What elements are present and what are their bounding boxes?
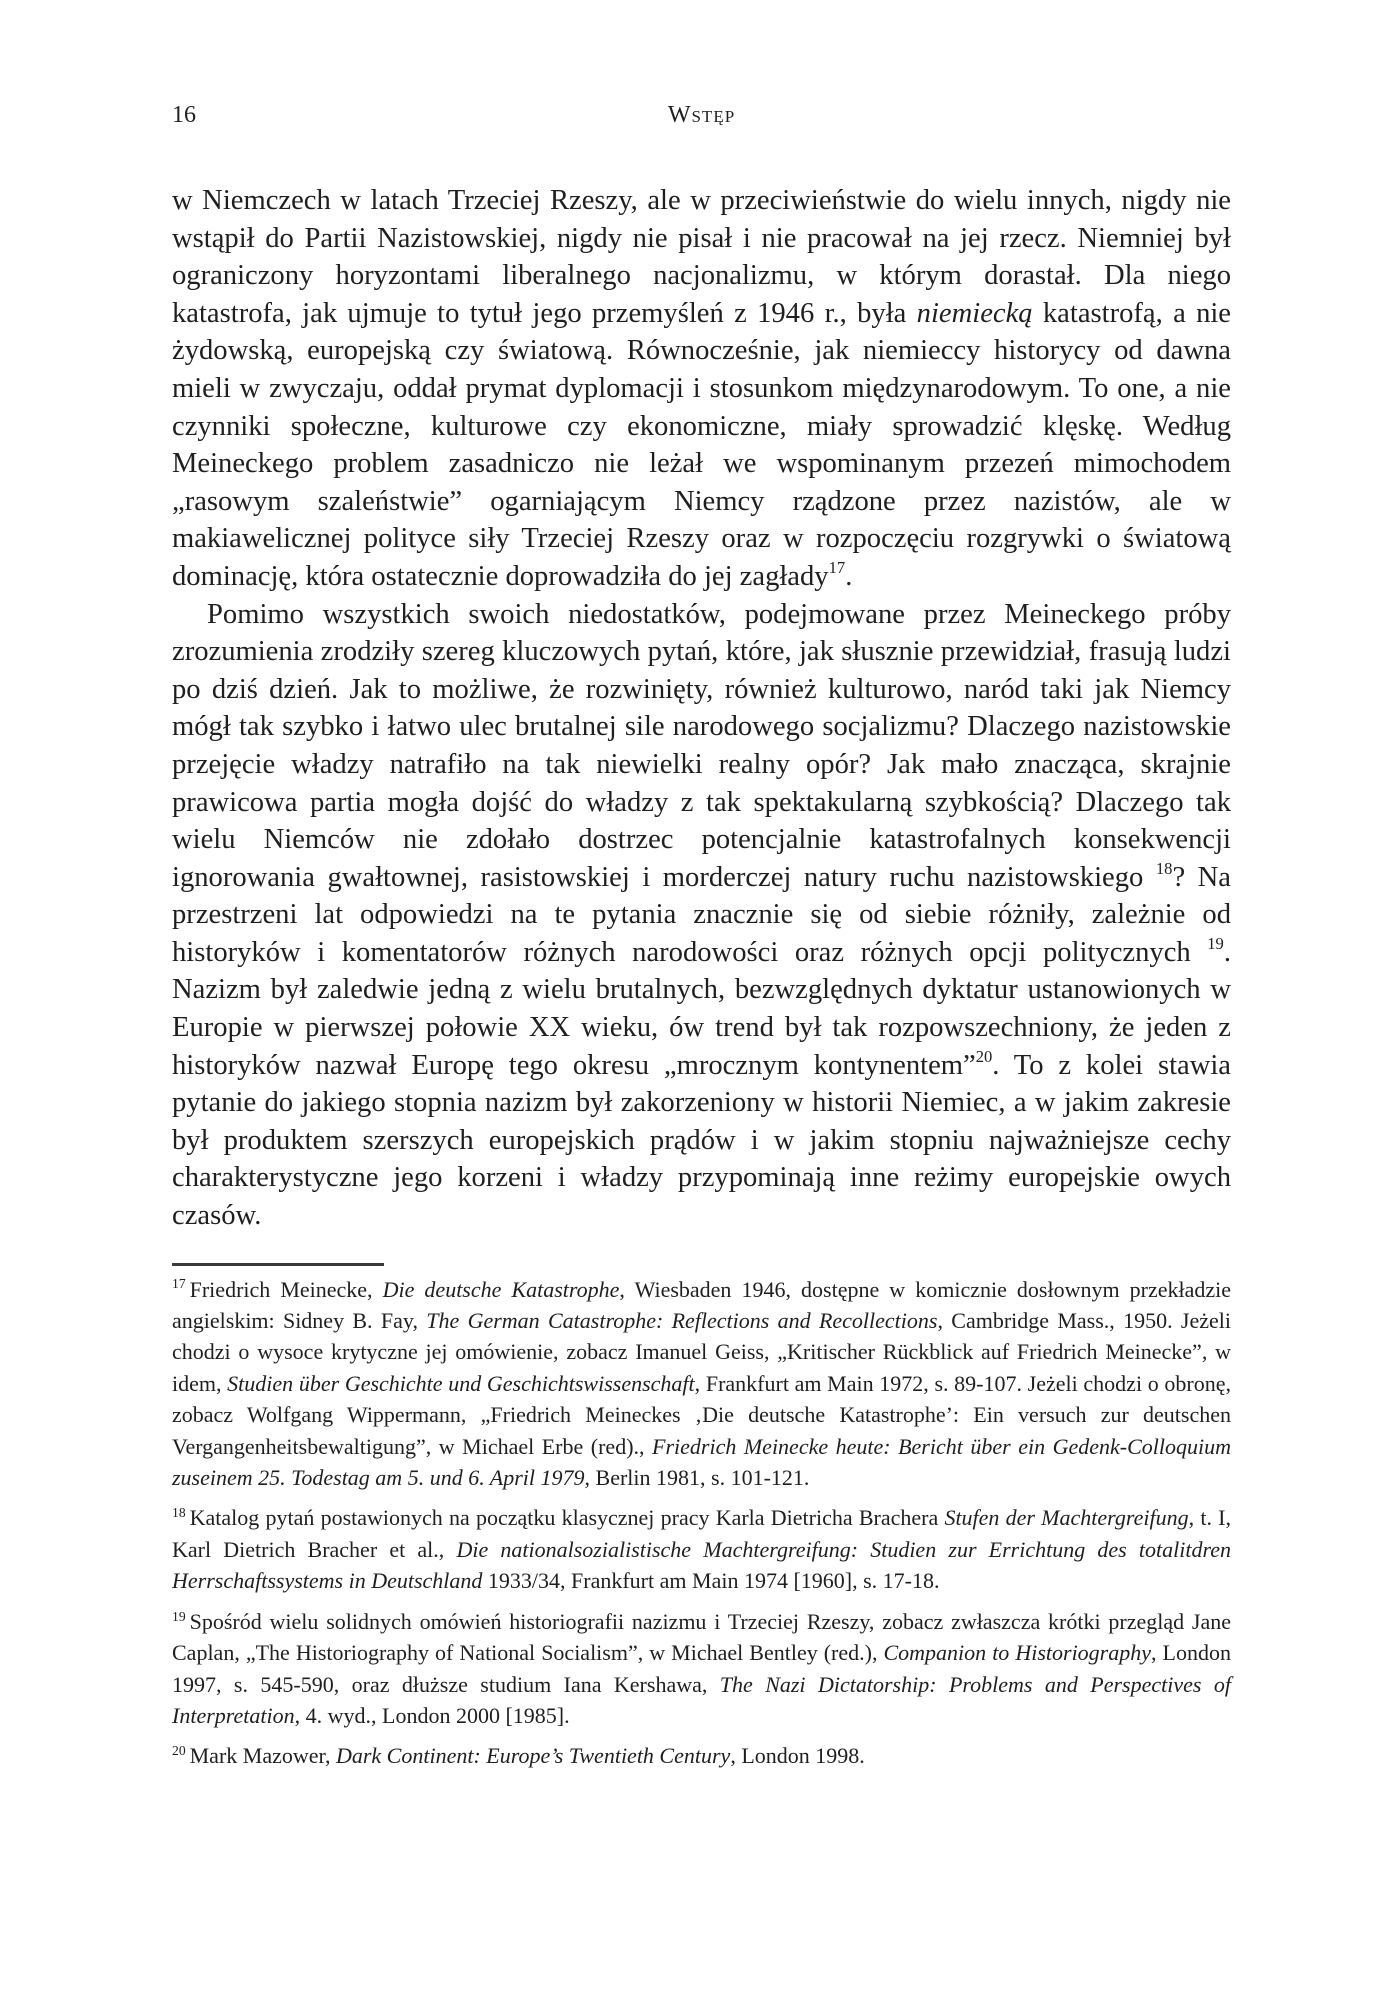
text-run: Mark Mazower, [190, 1743, 336, 1768]
italic-text: Companion to Historiography [884, 1640, 1152, 1665]
italic-text: niemiecką [917, 298, 1033, 329]
text-run: , 4. wyd., London 2000 [1985]. [295, 1703, 570, 1728]
paragraph: w Niemczech w latach Trzeciej Rzeszy, al… [172, 182, 1231, 596]
footnote-number: 18 [172, 1505, 186, 1520]
text-run: , Berlin 1981, s. 101-121. [585, 1465, 810, 1490]
italic-text: Die deutsche Katastrophe [383, 1277, 620, 1302]
running-head: 16 Wstęp [172, 96, 1231, 136]
text-run: Friedrich Meinecke, [190, 1277, 383, 1302]
footnote-number: 20 [172, 1743, 186, 1758]
footnote-number: 19 [172, 1609, 186, 1624]
chapter-title: Wstęp [172, 102, 1231, 129]
italic-text: Stufen der Machtergreifung [944, 1505, 1188, 1530]
footnote-separator [172, 1263, 384, 1266]
footnote-reference[interactable]: 17 [829, 558, 846, 577]
book-page: 16 Wstęp w Niemczech w latach Trzeciej R… [172, 96, 1231, 1781]
footnotes: 17Friedrich Meinecke, Die deutsche Katas… [172, 1274, 1231, 1772]
footnote-reference[interactable]: 18 [1156, 859, 1173, 878]
text-run: Pomimo wszystkich swoich niedostatków, p… [172, 599, 1231, 893]
text-run: . [845, 561, 852, 592]
text-run: Katalog pytań postawionych na początku k… [190, 1505, 945, 1530]
text-run: katastrofą, a nie żydowską, europejską c… [172, 298, 1231, 592]
italic-text: Studien über Geschichte und Geschichtswi… [227, 1371, 695, 1396]
text-run: , London 1998. [730, 1743, 864, 1768]
footnote: 19Spośród wielu solidnych omówień histor… [172, 1606, 1231, 1732]
text-run: 1933/34, Frankfurt am Main 1974 [1960], … [482, 1568, 939, 1593]
footnote: 18Katalog pytań postawionych na początku… [172, 1502, 1231, 1596]
italic-text: Dark Continent: Europe’s Twentieth Centu… [336, 1743, 730, 1768]
footnote: 20Mark Mazower, Dark Continent: Europe’s… [172, 1740, 1231, 1771]
footnote: 17Friedrich Meinecke, Die deutsche Katas… [172, 1274, 1231, 1494]
footnote-reference[interactable]: 19 [1207, 934, 1224, 953]
footnote-reference[interactable]: 20 [976, 1047, 993, 1066]
paragraph: Pomimo wszystkich swoich niedostatków, p… [172, 596, 1231, 1235]
italic-text: The German Catastrophe: Reflections and … [426, 1308, 937, 1333]
footnote-number: 17 [172, 1276, 186, 1291]
body-text: w Niemczech w latach Trzeciej Rzeszy, al… [172, 182, 1231, 1235]
